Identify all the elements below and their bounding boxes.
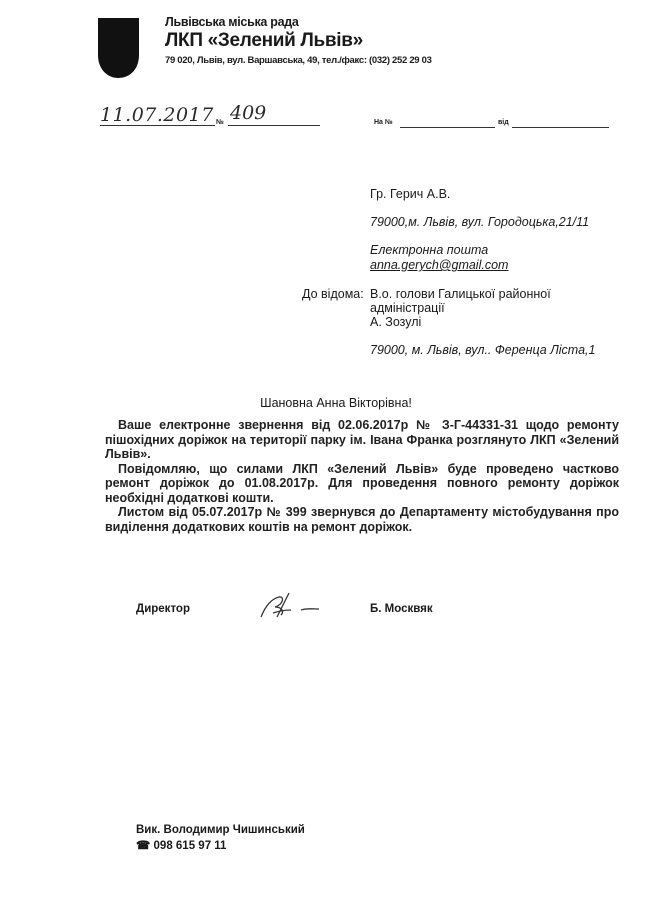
letterhead-organization: ЛКП «Зелений Львів» bbox=[165, 30, 363, 52]
letterhead-address: 79 020, Львів, вул. Варшавська, 49, тел.… bbox=[165, 55, 432, 66]
addressee-name: Гр. Герич А.В. bbox=[370, 187, 450, 201]
body-paragraph: Ваше електронне звернення від 02.06.2017… bbox=[105, 418, 619, 462]
body-paragraph: Листом від 05.07.2017р № 399 звернувся д… bbox=[105, 505, 619, 534]
copy-to-address: 79000, м. Львів, вул.. Ференца Ліста,1 bbox=[370, 343, 595, 357]
email-label: Електронна пошта bbox=[370, 243, 488, 257]
copy-to-line: В.о. голови Галицької районної bbox=[370, 287, 551, 301]
body-paragraph: Повідомляю, що силами ЛКП «Зелений Львів… bbox=[105, 462, 619, 506]
addressee-email: anna.gerych@gmail.com bbox=[370, 258, 508, 272]
city-coat-of-arms-icon bbox=[97, 17, 140, 79]
executor-name: Вик. Володимир Чишинський bbox=[136, 824, 305, 836]
letter-body: Ваше електронне звернення від 02.06.2017… bbox=[105, 418, 619, 534]
executor-phone: 098 615 97 11 bbox=[154, 840, 227, 852]
copy-to-line: адміністрації bbox=[370, 301, 445, 315]
copy-to-line: А. Зозулі bbox=[370, 315, 421, 329]
signatory-position: Директор bbox=[136, 603, 190, 615]
signatory-name: Б. Москвяк bbox=[370, 603, 433, 615]
executor-phone-row: ☎ 098 615 97 11 bbox=[136, 838, 226, 852]
reply-to-field bbox=[400, 127, 495, 128]
number-underline bbox=[228, 125, 320, 126]
letterhead-council: Львівська міська рада bbox=[165, 15, 299, 29]
outgoing-number: 409 bbox=[230, 102, 266, 124]
telephone-icon: ☎ bbox=[136, 840, 150, 852]
outgoing-date: 11.07.2017 bbox=[100, 104, 214, 126]
addressee-address: 79000,м. Львів, вул. Городоцька,21/11 bbox=[370, 215, 589, 229]
date-underline bbox=[100, 125, 215, 126]
handwritten-signature bbox=[255, 591, 325, 621]
reply-to-label: На № bbox=[374, 119, 393, 126]
copy-to-label: До відома: bbox=[302, 287, 364, 301]
reply-from-field bbox=[512, 127, 609, 128]
reply-from-label: від bbox=[498, 119, 509, 126]
salutation: Шановна Анна Вікторівна! bbox=[0, 396, 672, 410]
number-label: № bbox=[216, 119, 224, 126]
